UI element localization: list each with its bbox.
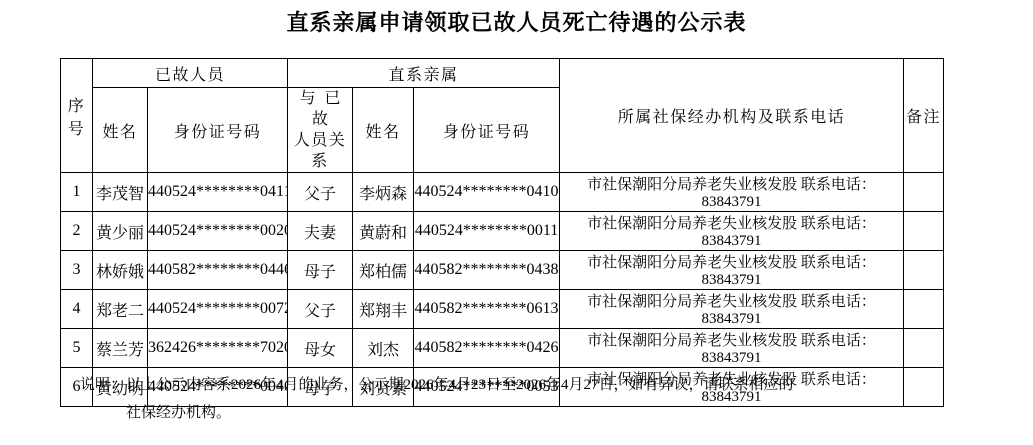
header-seq: 序号 [61, 59, 93, 173]
note-line-1: 以上公示内容系2026年4月的业务，公示期2026年4月23日至2026年4月2… [126, 371, 794, 399]
cell-relative-id: 440524********0011 [414, 212, 560, 251]
table-row: 3 林娇娥 440582********0446 母子 郑柏儒 440582**… [61, 251, 944, 290]
cell-relation: 母女 [288, 329, 353, 368]
cell-seq: 2 [61, 212, 93, 251]
cell-deceased-name: 林娇娥 [93, 251, 148, 290]
header-relation-line2: 人员关系 [288, 130, 352, 172]
header-relative-id: 身份证号码 [414, 88, 560, 173]
table-row: 1 李茂智 440524********0411 父子 李炳森 440524**… [61, 173, 944, 212]
table-row: 4 郑老二 440524********0072 父子 郑翔丰 440582**… [61, 290, 944, 329]
cell-deceased-name: 蔡兰芳 [93, 329, 148, 368]
cell-remark [904, 212, 944, 251]
header-deceased-group: 已故人员 [93, 59, 288, 88]
cell-seq: 1 [61, 173, 93, 212]
death-benefit-public-notice: 直系亲属申请领取已故人员死亡待遇的公示表 序号 已故人员 直系亲属 所属社保经办… [0, 0, 1033, 445]
cell-remark [904, 173, 944, 212]
cell-agency: 市社保潮阳分局养老失业核发股 联系电话：83843791 [560, 212, 904, 251]
cell-relation: 父子 [288, 290, 353, 329]
header-remark: 备注 [904, 59, 944, 173]
cell-relation: 母子 [288, 251, 353, 290]
cell-seq: 3 [61, 251, 93, 290]
cell-relative-name: 黄蔚和 [353, 212, 414, 251]
cell-deceased-id: 440524********0020 [148, 212, 288, 251]
cell-remark [904, 251, 944, 290]
header-relatives-group: 直系亲属 [288, 59, 560, 88]
cell-relative-name: 刘杰 [353, 329, 414, 368]
cell-remark [904, 329, 944, 368]
cell-relative-id: 440582********0426 [414, 329, 560, 368]
cell-relation: 夫妻 [288, 212, 353, 251]
cell-deceased-id: 440582********0446 [148, 251, 288, 290]
table-row: 2 黄少丽 440524********0020 夫妻 黄蔚和 440524**… [61, 212, 944, 251]
cell-deceased-id: 440524********0411 [148, 173, 288, 212]
note-body: 以上公示内容系2026年4月的业务，公示期2026年4月23日至2026年4月2… [126, 371, 794, 427]
cell-seq: 4 [61, 290, 93, 329]
cell-deceased-name: 郑老二 [93, 290, 148, 329]
header-deceased-id: 身份证号码 [148, 88, 288, 173]
note: 说明： 以上公示内容系2026年4月的业务，公示期2026年4月23日至2026… [80, 371, 794, 427]
table-row: 5 蔡兰芳 362426********7020 母女 刘杰 440582***… [61, 329, 944, 368]
note-label: 说明： [80, 371, 125, 427]
table-header: 序号 已故人员 直系亲属 所属社保经办机构及联系电话 备注 姓名 身份证号码 与… [61, 59, 944, 173]
cell-relative-id: 440582********0613 [414, 290, 560, 329]
cell-relative-name: 李炳森 [353, 173, 414, 212]
cell-deceased-id: 440524********0072 [148, 290, 288, 329]
cell-deceased-id: 362426********7020 [148, 329, 288, 368]
cell-relative-name: 郑柏儒 [353, 251, 414, 290]
header-relation: 与已故 人员关系 [288, 88, 353, 173]
header-relative-name: 姓名 [353, 88, 414, 173]
page-title: 直系亲属申请领取已故人员死亡待遇的公示表 [0, 6, 1033, 37]
cell-agency: 市社保潮阳分局养老失业核发股 联系电话：83843791 [560, 173, 904, 212]
cell-agency: 市社保潮阳分局养老失业核发股 联系电话：83843791 [560, 290, 904, 329]
cell-seq: 5 [61, 329, 93, 368]
cell-remark [904, 368, 944, 407]
cell-agency: 市社保潮阳分局养老失业核发股 联系电话：83843791 [560, 329, 904, 368]
notice-table: 序号 已故人员 直系亲属 所属社保经办机构及联系电话 备注 姓名 身份证号码 与… [60, 58, 944, 407]
cell-relative-name: 郑翔丰 [353, 290, 414, 329]
cell-deceased-name: 黄少丽 [93, 212, 148, 251]
header-deceased-name: 姓名 [93, 88, 148, 173]
cell-remark [904, 290, 944, 329]
header-relation-line1: 与已故 [288, 88, 352, 130]
cell-relation: 父子 [288, 173, 353, 212]
header-agency: 所属社保经办机构及联系电话 [560, 59, 904, 173]
cell-relative-id: 440524********0410 [414, 173, 560, 212]
cell-deceased-name: 李茂智 [93, 173, 148, 212]
cell-agency: 市社保潮阳分局养老失业核发股 联系电话：83843791 [560, 251, 904, 290]
cell-relative-id: 440582********0438 [414, 251, 560, 290]
note-line-2: 社保经办机构。 [126, 399, 794, 427]
